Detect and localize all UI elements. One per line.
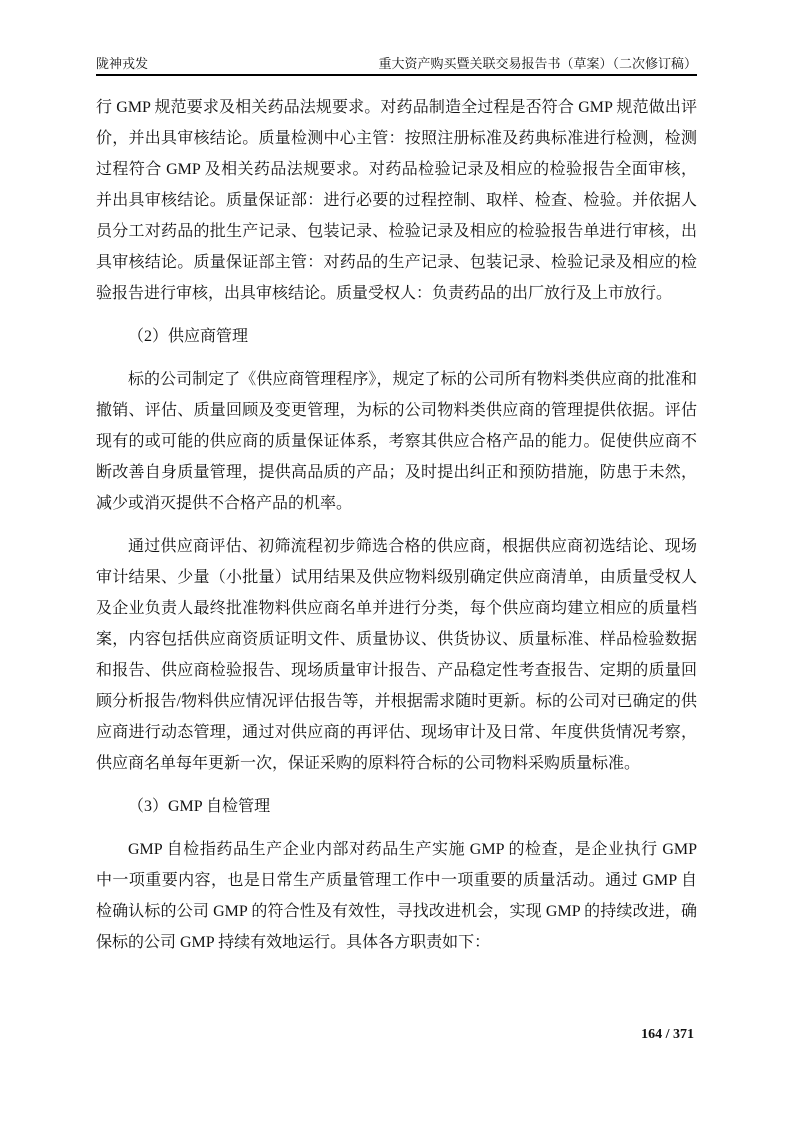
page-header: 陇神戎发 重大资产购买暨关联交易报告书（草案）（二次修订稿） xyxy=(96,55,697,76)
heading-supplier-management: （2）供应商管理 xyxy=(96,321,697,352)
document-page: 陇神戎发 重大资产购买暨关联交易报告书（草案）（二次修订稿） 行 GMP 规范要… xyxy=(0,0,793,1122)
header-report-title: 重大资产购买暨关联交易报告书（草案）（二次修订稿） xyxy=(378,55,697,72)
header-company-name: 陇神戎发 xyxy=(96,55,148,72)
page-number: 164 / 371 xyxy=(641,1026,694,1044)
paragraph-supplier-screening: 通过供应商评估、初筛流程初步筛选合格的供应商，根据供应商初选结论、现场审计结果、… xyxy=(96,531,697,779)
heading-gmp-self-inspection: （3）GMP 自检管理 xyxy=(96,791,697,822)
paragraph-supplier-procedure: 标的公司制定了《供应商管理程序》，规定了标的公司所有物料类供应商的批准和撤销、评… xyxy=(96,364,697,519)
paragraph-quality-dept-duties: 行 GMP 规范要求及相关药品法规要求。对药品制造全过程是否符合 GMP 规范做… xyxy=(96,92,697,309)
page-body: 行 GMP 规范要求及相关药品法规要求。对药品制造全过程是否符合 GMP 规范做… xyxy=(96,92,697,970)
paragraph-gmp-self-inspection: GMP 自检指药品生产企业内部对药品生产实施 GMP 的检查，是企业执行 GMP… xyxy=(96,834,697,958)
